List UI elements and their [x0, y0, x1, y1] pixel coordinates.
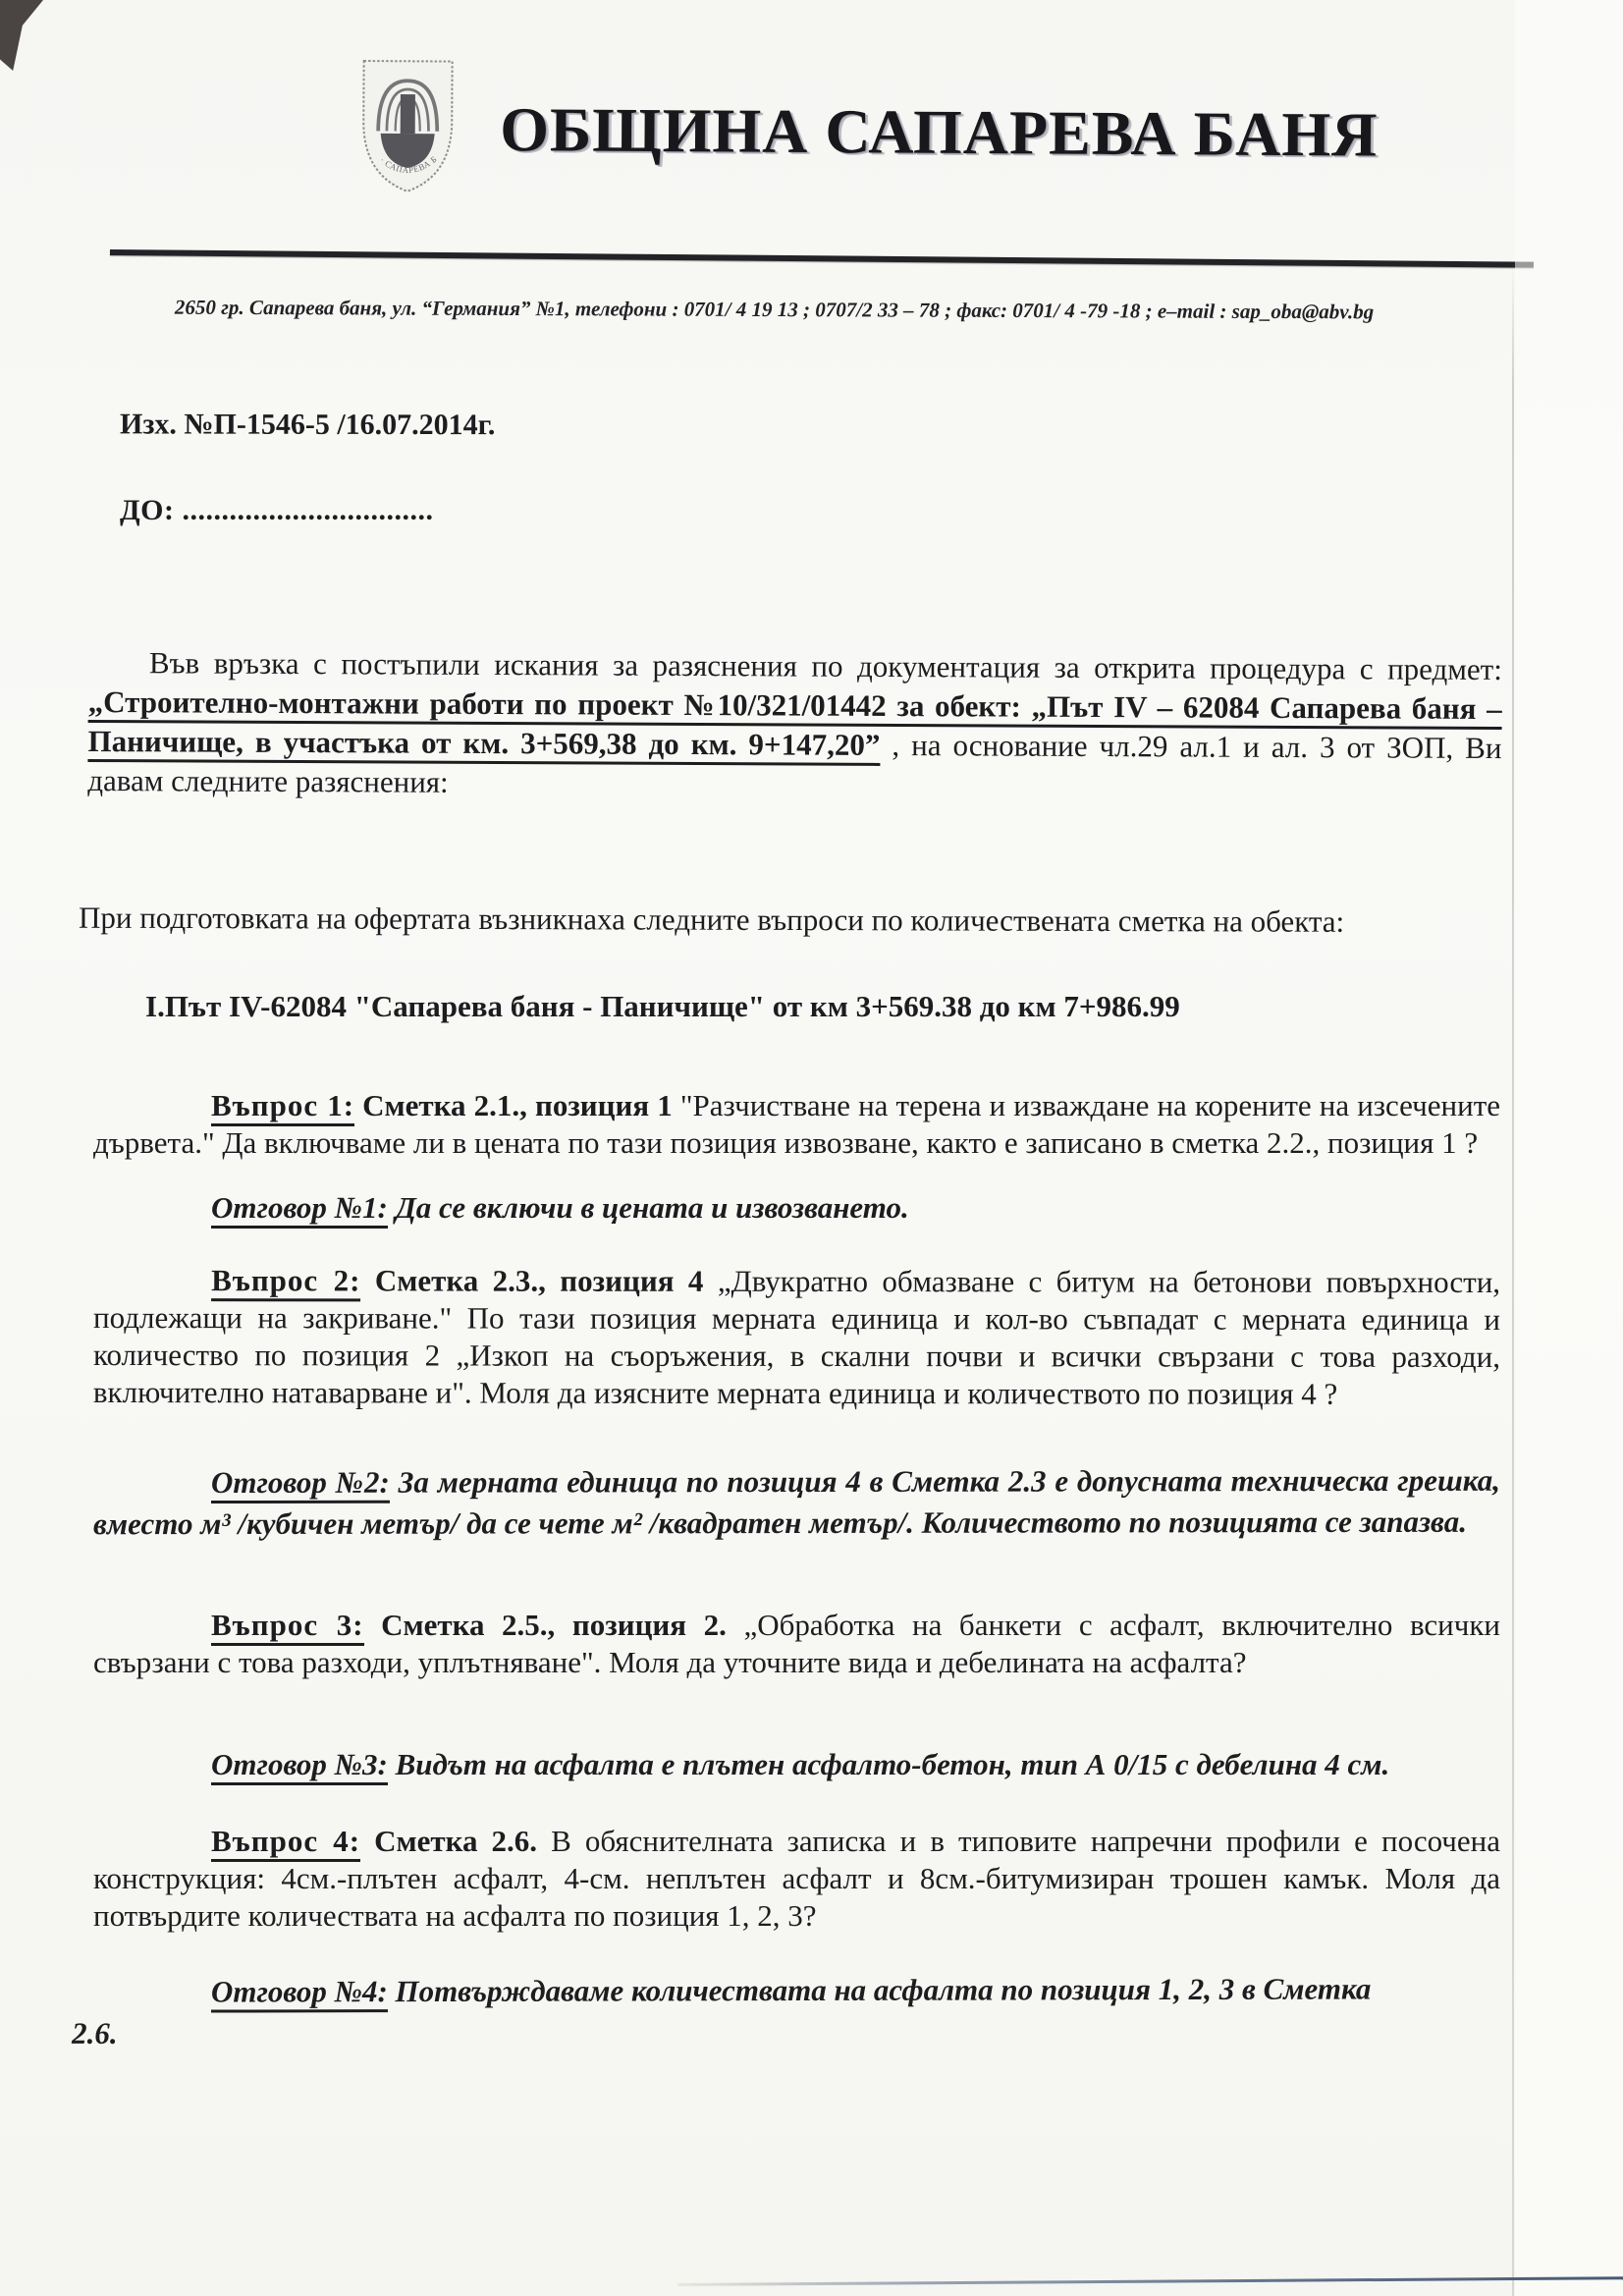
outgoing-number-line: Изх. №П-1546-5 /16.07.2014г.	[120, 408, 1623, 444]
header-divider	[110, 249, 1534, 268]
addressee-line: ДО: ................................	[120, 494, 1623, 527]
question-4-ref: Сметка 2.6.	[360, 1824, 551, 1858]
question-3-label: Въпрос 3:	[211, 1608, 364, 1646]
question-4: Въпрос 4: Сметка 2.6. В обяснителната за…	[93, 1823, 1500, 1935]
answer-4-label: Отговор №4:	[211, 1974, 388, 2012]
answer-4-continuation: 2.6.	[72, 2009, 1500, 2054]
question-3-ref: Сметка 2.5., позиция 2.	[364, 1608, 744, 1642]
scanned-letter-page: · САПАРЕВА БАНЯ · ОБЩИНА САПАРЕВА БАНЯ 2…	[0, 0, 1623, 2296]
question-1: Въпрос 1: Сметка 2.1., позиция 1 "Разчис…	[93, 1087, 1500, 1162]
question-2-ref: Сметка 2.3., позиция 4	[360, 1263, 717, 1298]
intro-paragraph: Във връзка с постъпили искания за разясн…	[87, 643, 1502, 807]
answer-3: Отговор №3: Видът на асфалта е плътен ас…	[93, 1744, 1500, 1785]
answer-1-text: Да се включи в цената и извозването.	[388, 1190, 909, 1225]
question-2-label: Въпрос 2:	[211, 1263, 360, 1301]
question-1-ref: Сметка 2.1., позиция 1	[354, 1088, 680, 1122]
section-heading: I.Път IV-62084 "Сапарева баня - Паничище…	[145, 989, 1505, 1024]
question-1-label: Въпрос 1:	[211, 1088, 354, 1126]
answer-1: Отговор №1: Да се включи в цената и изво…	[93, 1187, 1500, 1229]
address-line: 2650 гр. Сапарева баня, ул. “Германия” №…	[0, 295, 1623, 325]
answer-3-text: Видът на асфалта е плътен асфалто-бетон,…	[388, 1747, 1389, 1781]
municipality-title: ОБЩИНА САПАРЕВА БАНЯ	[500, 93, 1379, 171]
coat-of-arms-icon: · САПАРЕВА БАНЯ ·	[343, 57, 473, 195]
answer-2-label: Отговор №2:	[211, 1465, 390, 1503]
bottom-scan-line	[677, 2276, 1623, 2286]
answer-1-label: Отговор №1:	[211, 1190, 388, 1229]
letterhead: · САПАРЕВА БАНЯ · ОБЩИНА САПАРЕВА БАНЯ	[0, 0, 1623, 202]
page-edge-line	[1512, 263, 1514, 2296]
answer-4-text: Потвърждаваме количествата на асфалта по…	[388, 1971, 1372, 2008]
question-4-label: Въпрос 4:	[211, 1824, 360, 1862]
scan-speck	[1224, 919, 1228, 923]
scanner-background	[1515, 0, 1623, 2296]
question-2: Въпрос 2: Сметка 2.3., позиция 4 „Двукра…	[93, 1262, 1500, 1413]
answer-3-label: Отговор №3:	[211, 1747, 388, 1785]
answer-4: Отговор №4: Потвърждаваме количествата н…	[93, 1968, 1500, 2054]
intro-lead: Във връзка с постъпили искания за разясн…	[149, 645, 1502, 686]
question-3: Въпрос 3: Сметка 2.5., позиция 2. „Обраб…	[93, 1607, 1500, 1681]
answer-2: Отговор №2: За мерната единица по позици…	[93, 1460, 1500, 1546]
questions-intro: При подготовката на офертата възникнаха …	[79, 901, 1505, 941]
